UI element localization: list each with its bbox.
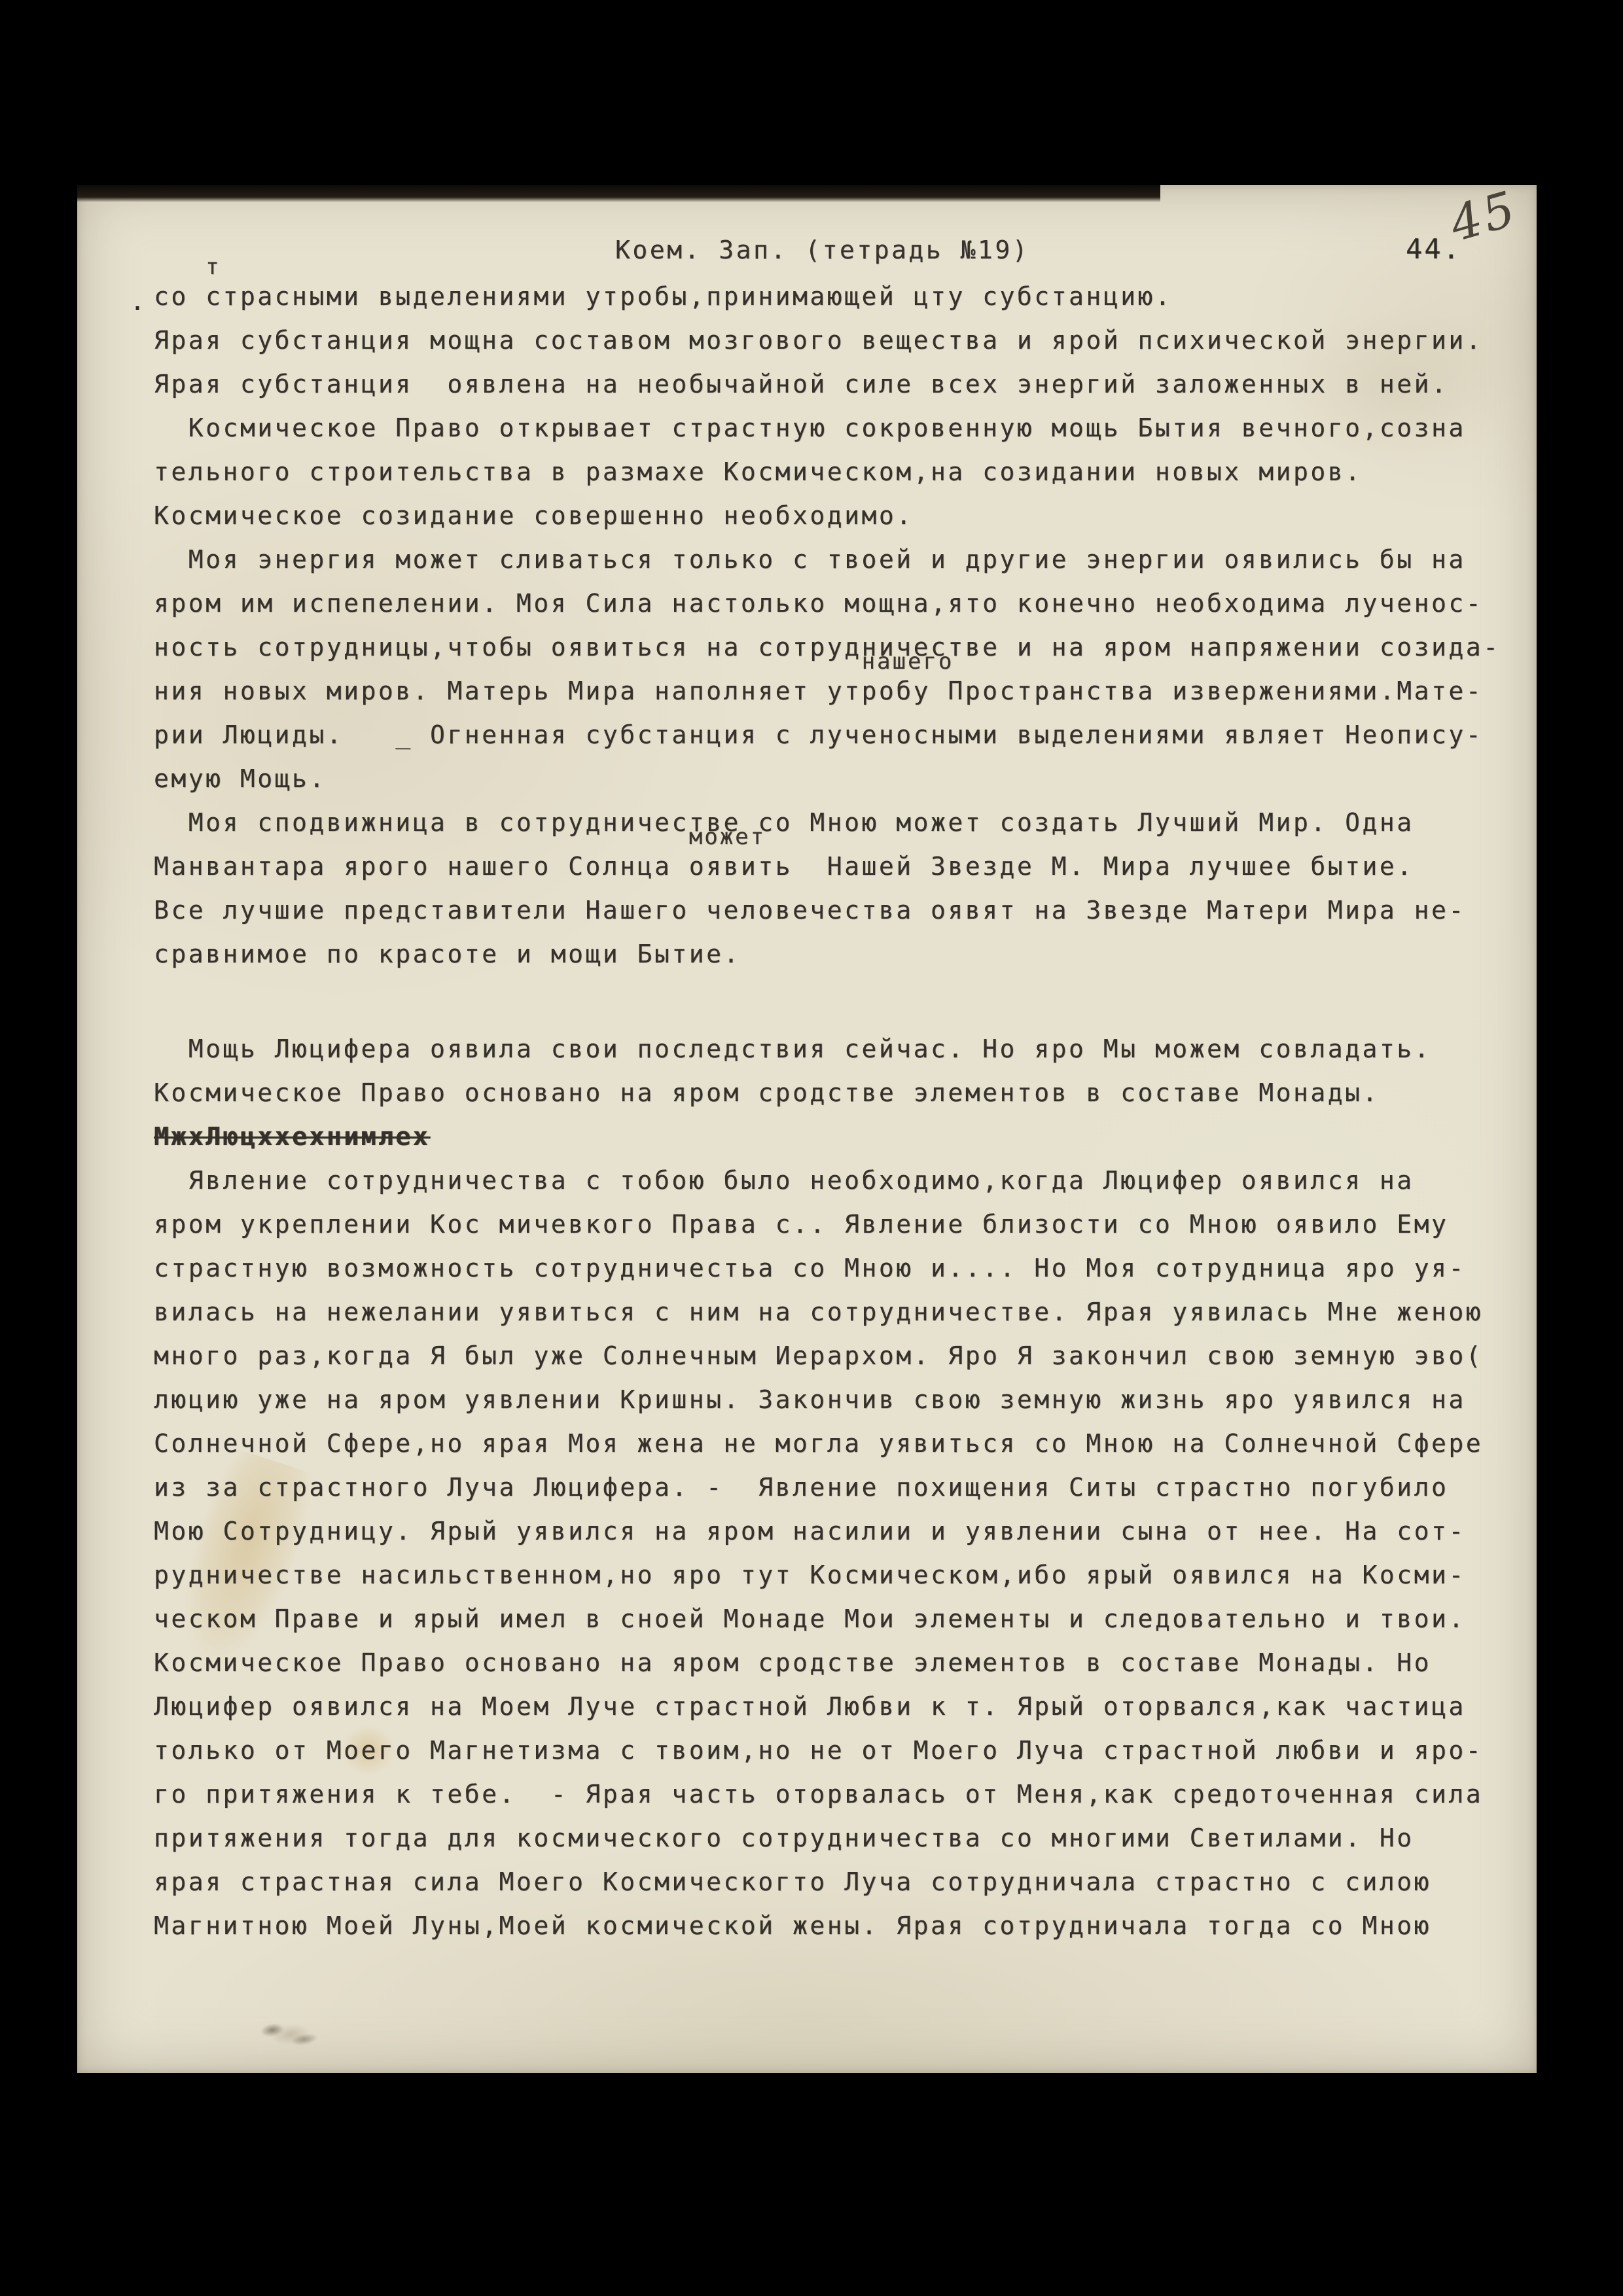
text-line: притяжения тогда для космического сотруд… — [154, 1816, 1535, 1860]
page-title: Коем. Зап. (тетрадь №19) — [615, 236, 1029, 264]
text-line: Космическое созидание совершенно необход… — [154, 494, 1535, 538]
text-line: Ярая субстанция оявлена на необычайной с… — [154, 362, 1535, 406]
text-line: рии Люциды. _ Огненная субстанция с луче… — [154, 713, 1535, 757]
text-line: Солнечной Сфере,но ярая Моя жена не могл… — [154, 1422, 1535, 1466]
text-line: сравнимое по красоте и мощи Бытие. — [154, 932, 1535, 976]
text-line: вилась на нежелании уявиться с ним на со… — [154, 1290, 1535, 1334]
text-line: яром укреплении Кос мичевкого Права с.. … — [154, 1203, 1535, 1246]
text-line: Космическое Право основано на яром сродс… — [154, 1071, 1535, 1115]
text-line: емую Мощь. — [154, 757, 1535, 801]
text-line: Люцифер оявился на Моем Луче страстной Л… — [154, 1685, 1535, 1729]
text-line: Моя сподвижница в сотрудничестве со Мною… — [154, 801, 1535, 845]
text-line: МжхЛюцххехнимлех — [154, 1115, 1535, 1159]
text-line: Ярая субстанция мощна составом мозгового… — [154, 319, 1535, 362]
text-line: тельного строительства в размахе Космиче… — [154, 450, 1535, 494]
text-line: Космическое Право открывает страстную со… — [154, 406, 1535, 450]
text-line: Явление сотрудничества с тобою было необ… — [154, 1159, 1535, 1203]
text-line: страстную возможность сотрудничестьа со … — [154, 1246, 1535, 1290]
scan-shadow — [77, 185, 1160, 202]
text-line: люцию уже на яром уявлении Кришны. Закон… — [154, 1378, 1535, 1422]
text-line: много раз,когда Я был уже Солнечным Иера… — [154, 1334, 1535, 1378]
scan-background: { "colors": { "background": "#000000", "… — [0, 0, 1623, 2296]
page-number: 44. — [1406, 233, 1461, 265]
text-line: Моя энергия может сливаться только с тво… — [154, 538, 1535, 582]
typed-correction: т — [205, 254, 221, 280]
text-line: только от Моего Магнетизма с твоим,но не… — [154, 1729, 1535, 1773]
text-line: ярая страстная сила Моего Космическогто … — [154, 1860, 1535, 1904]
typed-correction: может — [689, 824, 766, 850]
text-line: яром им испепелении. Моя Сила настолько … — [154, 582, 1535, 626]
text-lines: со страсными выделениями утробы,принимаю… — [154, 275, 1535, 1948]
text-line: Мощь Люцифера оявила свои последствия се… — [154, 1027, 1535, 1071]
text-line: рудничестве насильственном,но яро тут Ко… — [154, 1553, 1535, 1597]
text-line: ность сотрудницы,чтобы оявиться на сотру… — [154, 626, 1535, 669]
text-line: ния новых миров. Матерь Мира наполняет у… — [154, 669, 1535, 713]
text-line: го притяжения к тебе. - Ярая часть оторв… — [154, 1773, 1535, 1816]
text-line: Космическое Право основано на яром сродс… — [154, 1641, 1535, 1685]
text-line: Магнитною Моей Луны,Моей космической жен… — [154, 1904, 1535, 1948]
text-line: Манвантара ярого нашего Солнца оявить На… — [154, 845, 1535, 889]
text-line: из за страстного Луча Люцифера. - Явлени… — [154, 1466, 1535, 1510]
margin-mark: . — [130, 287, 145, 317]
text-line: Мою Сотрудницу. Ярый уявился на яром нас… — [154, 1510, 1535, 1553]
text-line: Все лучшие представители Нашего человече… — [154, 889, 1535, 932]
text-line: ческом Праве и ярый имел в сноей Монаде … — [154, 1597, 1535, 1641]
text-line: со страсными выделениями утробы,принимаю… — [154, 275, 1535, 319]
typed-correction: нашего — [862, 648, 954, 675]
